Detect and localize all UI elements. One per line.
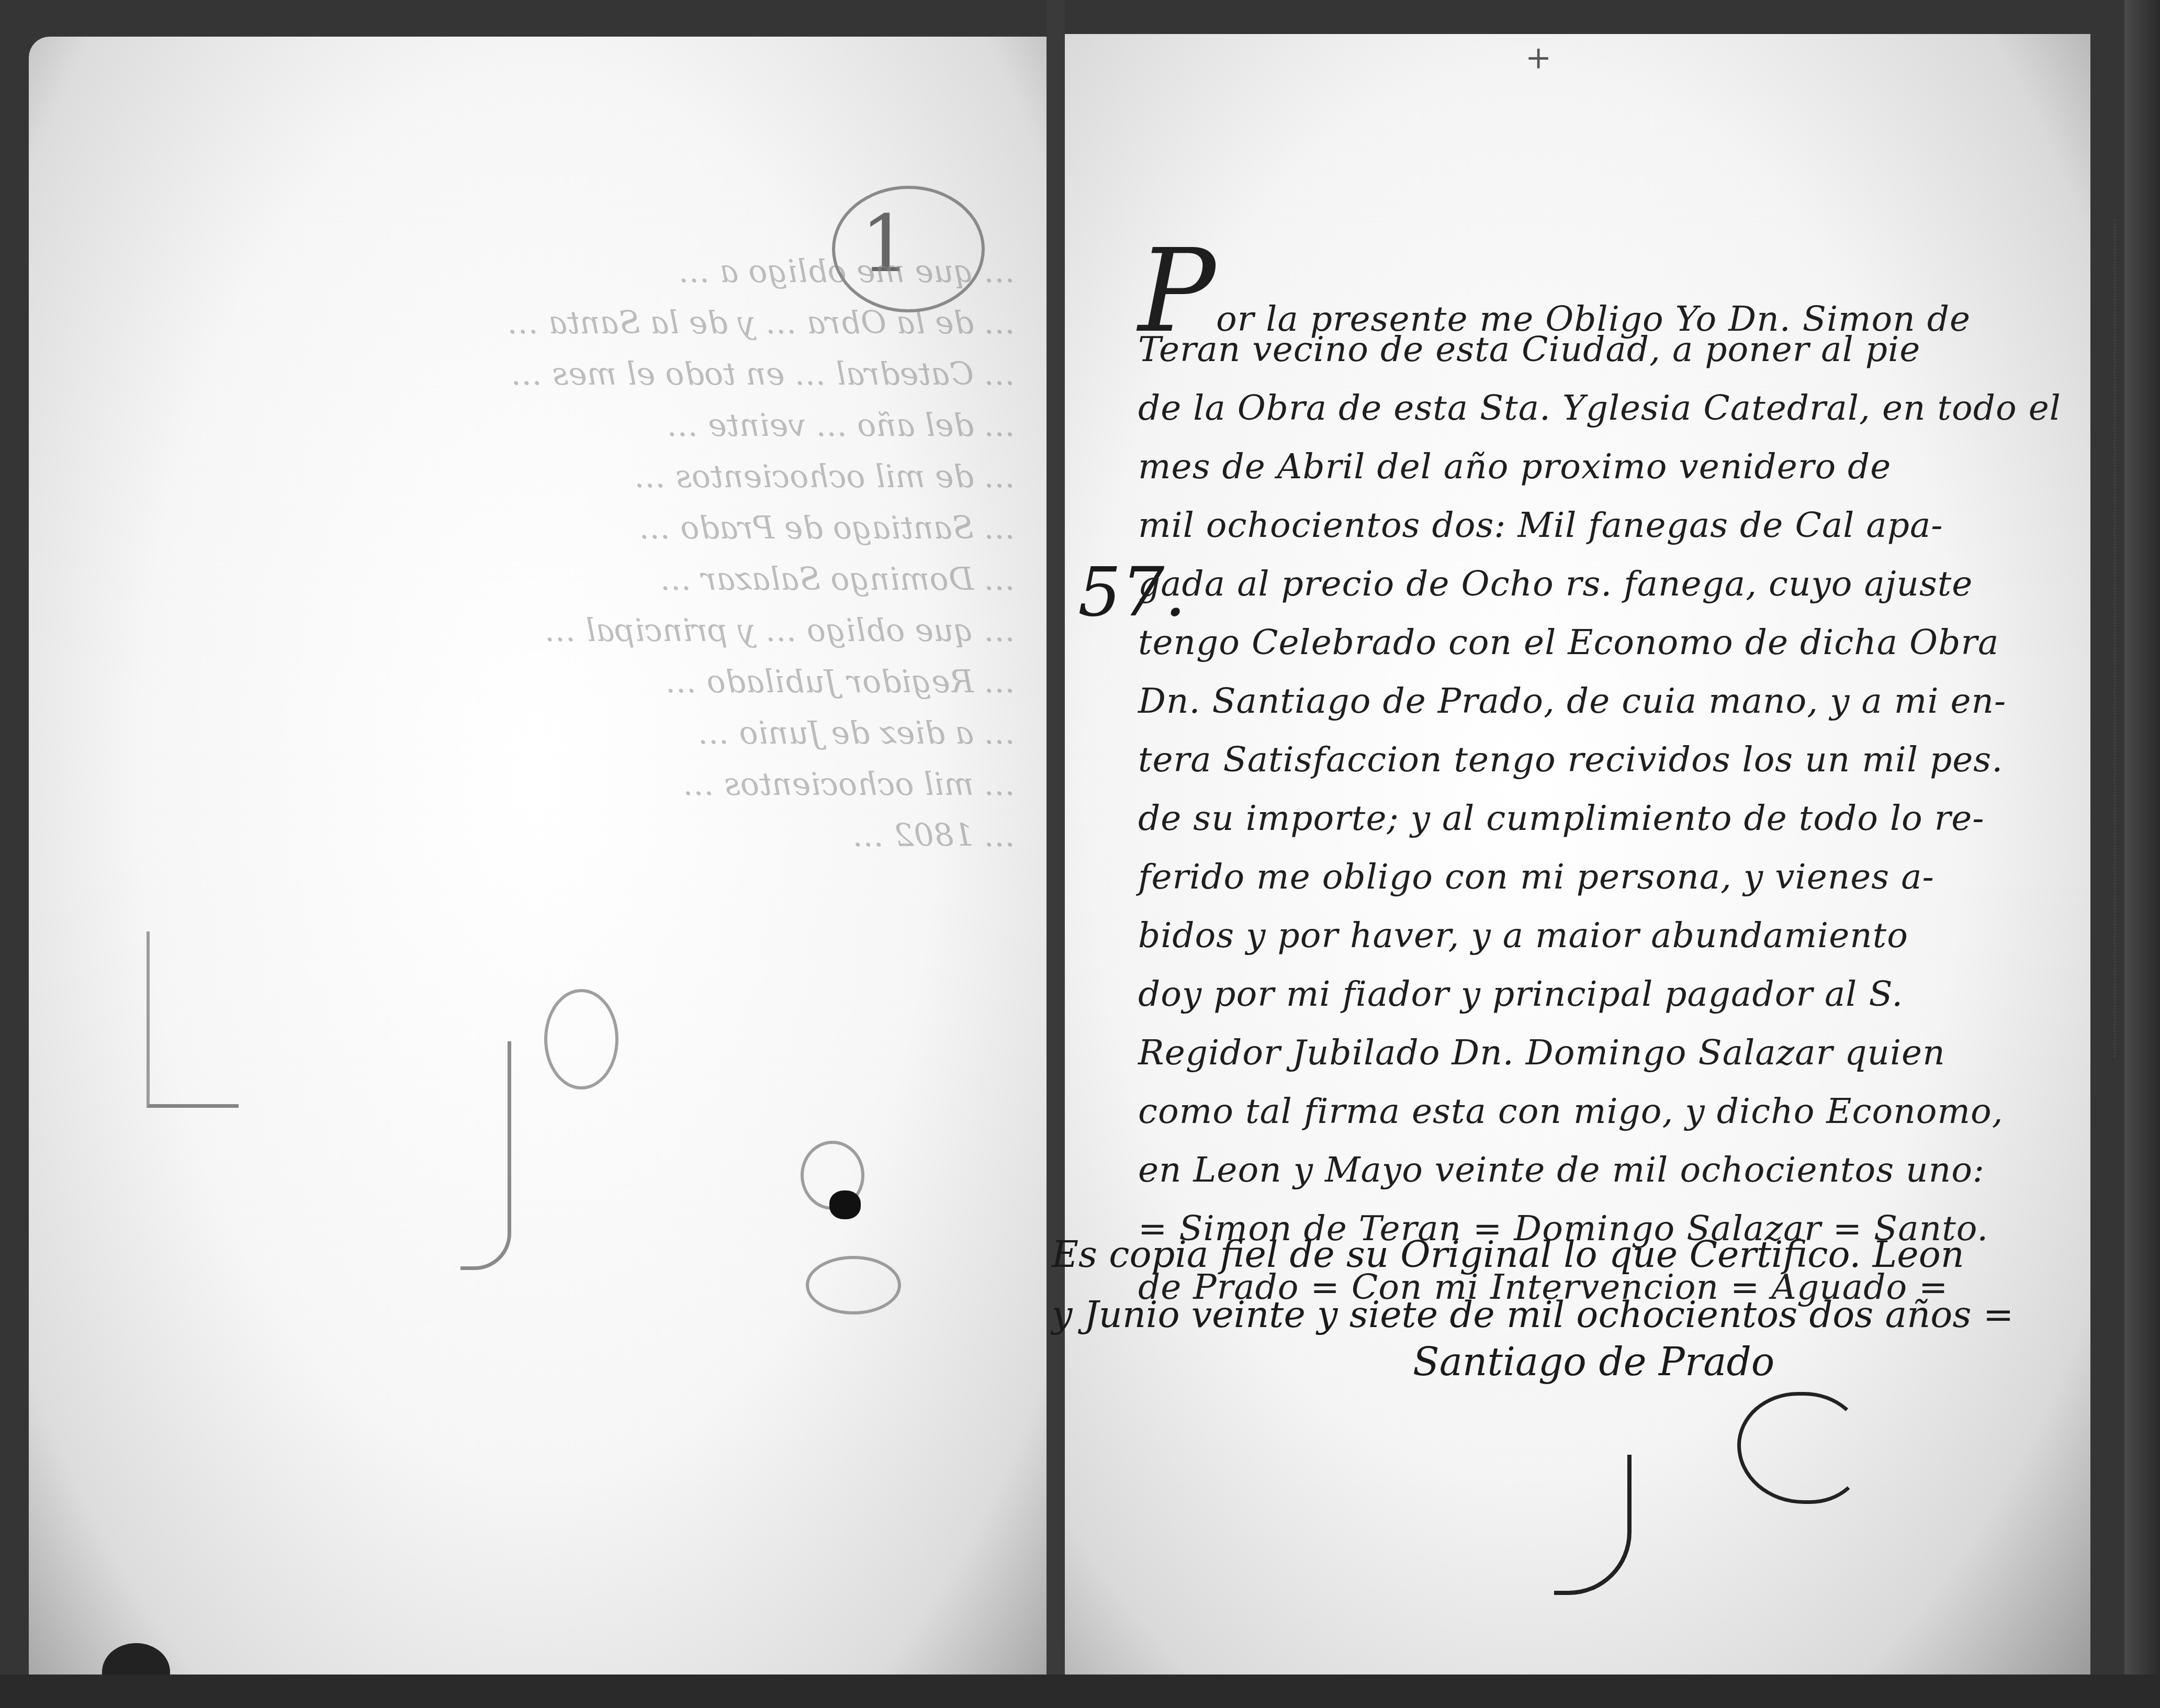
bleed-rubric-loop — [806, 1256, 901, 1314]
bleed-line: … Domingo Salazar … — [47, 554, 1015, 605]
bleed-line: … que obligo … y principal … — [47, 605, 1015, 656]
bleed-line: … de la Obra … y de la Santa … — [47, 297, 1015, 349]
bleed-line: … Santiago de Prado … — [47, 502, 1015, 554]
bleed-bracket-mark — [147, 931, 239, 1108]
manuscript-line: tengo Celebrado con el Economo de dicha … — [1138, 613, 2080, 672]
right-edge-shadow — [2124, 0, 2160, 1708]
certification-line: Es copia fiel de su Original lo que Cert… — [1052, 1224, 2098, 1285]
book-gutter — [1047, 0, 1065, 1708]
cross-mark: + — [1525, 39, 1551, 76]
bleed-line: … Catedral … en todo el mes … — [47, 349, 1015, 400]
bleed-line: … 1802 … — [47, 810, 1015, 861]
bleed-rubric-hook — [460, 1041, 511, 1270]
certification-block: Es copia fiel de su Original lo que Cert… — [1052, 1224, 2098, 1345]
bleed-line: … mil ochocientos … — [47, 759, 1015, 810]
ink-blot — [829, 1190, 861, 1219]
bleed-rubric-loop — [544, 989, 618, 1089]
manuscript-line: doy por mi fiador y principal pagador al… — [1138, 965, 2080, 1024]
manuscript-line: de la Obra de esta Sta. Yglesia Catedral… — [1138, 379, 2080, 437]
manuscript-body: Por la presente me Obligo Yo Dn. Simon d… — [1138, 262, 2080, 1317]
manuscript-line: bidos y por haver, y a maior abundamient… — [1138, 906, 2080, 965]
manuscript-line: en Leon y Mayo veinte de mil ochocientos… — [1138, 1141, 2080, 1199]
bleed-through-text: … que me obligo a … … de la Obra … y de … — [47, 246, 1015, 861]
manuscript-line: como tal firma esta con migo, y dicho Ec… — [1138, 1082, 2080, 1141]
manuscript-line: Por la presente me Obligo Yo Dn. Simon d… — [1138, 262, 2080, 320]
manuscript-line: tera Satisfaccion tengo recividos los un… — [1138, 731, 2080, 789]
manuscript-line: de su importe; y al cumplimiento de todo… — [1138, 789, 2080, 848]
bleed-line: … que me obligo a … — [47, 246, 1015, 297]
manuscript-line: Regidor Jubilado Dn. Domingo Salazar qui… — [1138, 1024, 2080, 1082]
bleed-line: … de mil ochocientos … — [47, 451, 1015, 502]
manuscript-line: mil ochocientos dos: Mil fanegas de Cal … — [1138, 496, 2080, 555]
bleed-line: … a diez de Junio … — [47, 707, 1015, 759]
manuscript-line: Dn. Santiago de Prado, de cuia mano, y a… — [1138, 672, 2080, 731]
manuscript-line: gada al precio de Ocho rs. fanega, cuyo … — [1138, 555, 2080, 613]
bleed-line: … del año … veinte … — [47, 400, 1015, 451]
signature: Santiago de Prado — [1413, 1340, 1774, 1385]
manuscript-line: ferido me obligo con mi persona, y viene… — [1138, 848, 2080, 906]
bleed-line: … Regidor Jubilado … — [47, 656, 1015, 707]
bottom-edge-shadow — [0, 1675, 2160, 1708]
edge-marks — [2103, 220, 2116, 1057]
certification-line: y Junio veinte y siete de mil ochociento… — [1052, 1285, 2098, 1345]
manuscript-line: mes de Abril del año proximo venidero de — [1138, 437, 2080, 496]
